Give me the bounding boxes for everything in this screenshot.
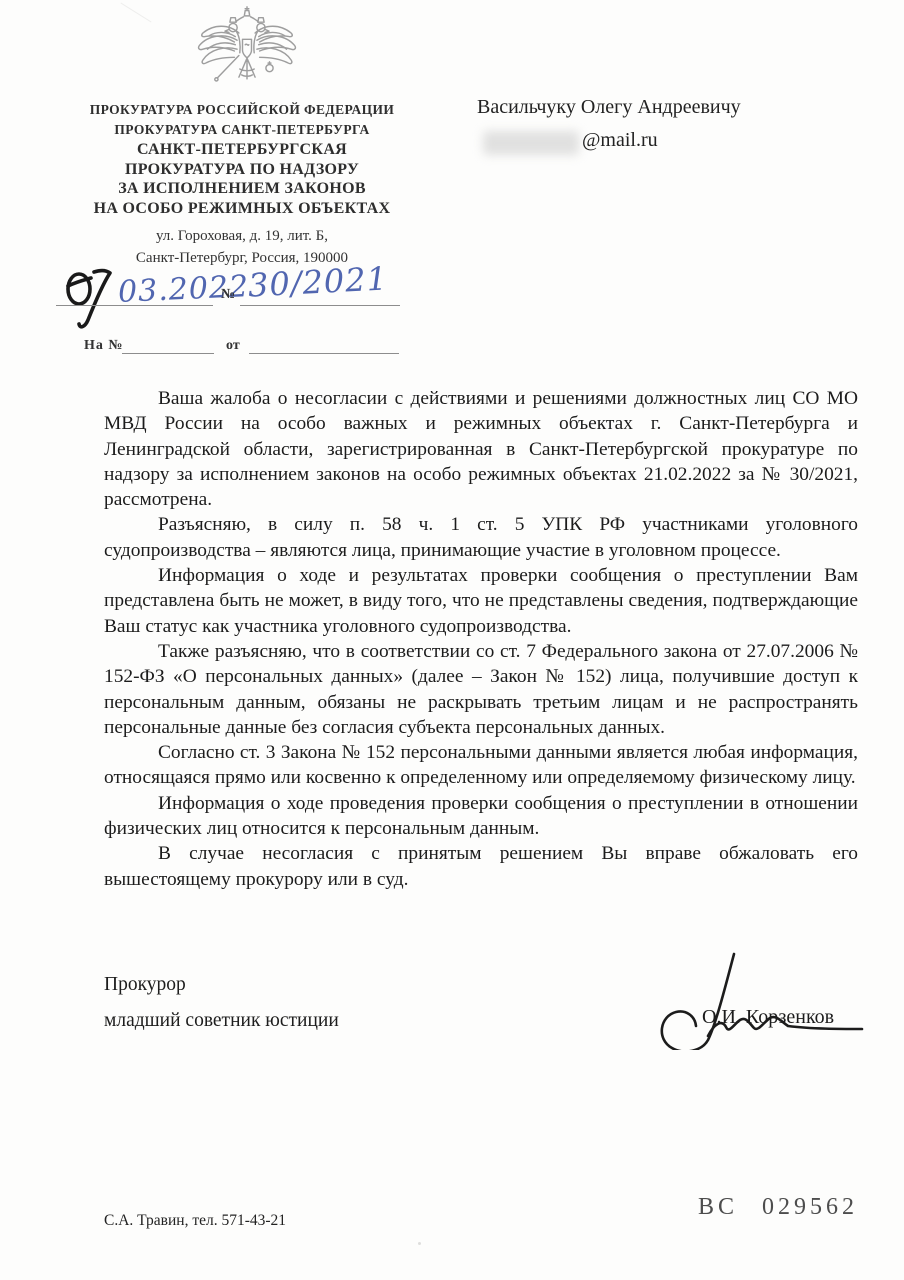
paragraph-upk-explanation: Разъясняю, в силу п. 58 ч. 1 ст. 5 УПК Р… xyxy=(104,512,858,563)
reply-from-label: от xyxy=(226,338,240,354)
paragraph-personal-data-law: Также разъясняю, что в соответствии со с… xyxy=(104,639,858,740)
redacted-email-user xyxy=(483,131,579,155)
paragraph-complaint-reviewed: Ваша жалоба о несогласии с действиями и … xyxy=(104,386,858,512)
scan-scratch xyxy=(120,3,151,23)
paragraph-info-refusal: Информация о ходе и результатах проверки… xyxy=(104,563,858,639)
signer-position-title: Прокурор xyxy=(104,974,186,996)
signer-name: О.И. Корзенков xyxy=(702,1006,834,1029)
scanned-letter-page: ПРОКУРАТУРА РОССИЙСКОЙ ФЕДЕРАЦИИ ПРОКУРА… xyxy=(0,0,904,1280)
org-name-line4: ПРОКУРАТУРА ПО НАДЗОРУ xyxy=(58,160,426,180)
org-name-line6: НА ОСОБО РЕЖИМНЫХ ОБЪЕКТАХ xyxy=(58,199,426,219)
handwritten-outgoing-number: 30/2021 xyxy=(247,259,389,304)
reply-number-blank-line xyxy=(122,353,214,354)
org-name-federation: ПРОКУРАТУРА РОССИЙСКОЙ ФЕДЕРАЦИИ xyxy=(58,100,426,120)
paragraph-personal-data-definition: Согласно ст. 3 Закона № 152 персональным… xyxy=(104,740,858,791)
handwritten-day-ink xyxy=(64,266,120,338)
signer-rank: младший советник юстиции xyxy=(104,1010,339,1032)
paragraph-appeal-rights: В случае несогласия с принятым решением … xyxy=(104,841,858,892)
handwritten-signature-icon xyxy=(646,950,886,1050)
scan-dot xyxy=(418,1242,421,1245)
russian-coat-of-arms-icon xyxy=(191,6,303,96)
recipient-name: Васильчуку Олегу Андреевичу xyxy=(477,96,741,119)
letterhead: ПРОКУРАТУРА РОССИЙСКОЙ ФЕДЕРАЦИИ ПРОКУРА… xyxy=(58,100,426,269)
reply-to-number-label: На № xyxy=(84,338,123,354)
date-blank-line xyxy=(56,305,213,306)
org-address-street: ул. Гороховая, д. 19, лит. Б, xyxy=(58,225,426,247)
org-name-line5: ЗА ИСПОЛНЕНИЕМ ЗАКОНОВ xyxy=(58,179,426,199)
org-name-city: ПРОКУРАТУРА САНКТ-ПЕТЕРБУРГА xyxy=(58,120,426,140)
org-name-line3: САНКТ-ПЕТЕРБУРГСКАЯ xyxy=(58,140,426,160)
paragraph-check-info-personal: Информация о ходе проведения проверки со… xyxy=(104,791,858,842)
executor-contact: С.А. Травин, тел. 571-43-21 xyxy=(104,1212,286,1230)
letter-body: Ваша жалоба о несогласии с действиями и … xyxy=(104,386,858,892)
recipient-email-domain: @mail.ru xyxy=(582,129,658,152)
letterhead-blank-number: ВС 029562 xyxy=(698,1194,858,1221)
number-sign: № xyxy=(221,287,235,303)
number-blank-line xyxy=(240,305,400,306)
reply-date-blank-line xyxy=(249,353,399,354)
